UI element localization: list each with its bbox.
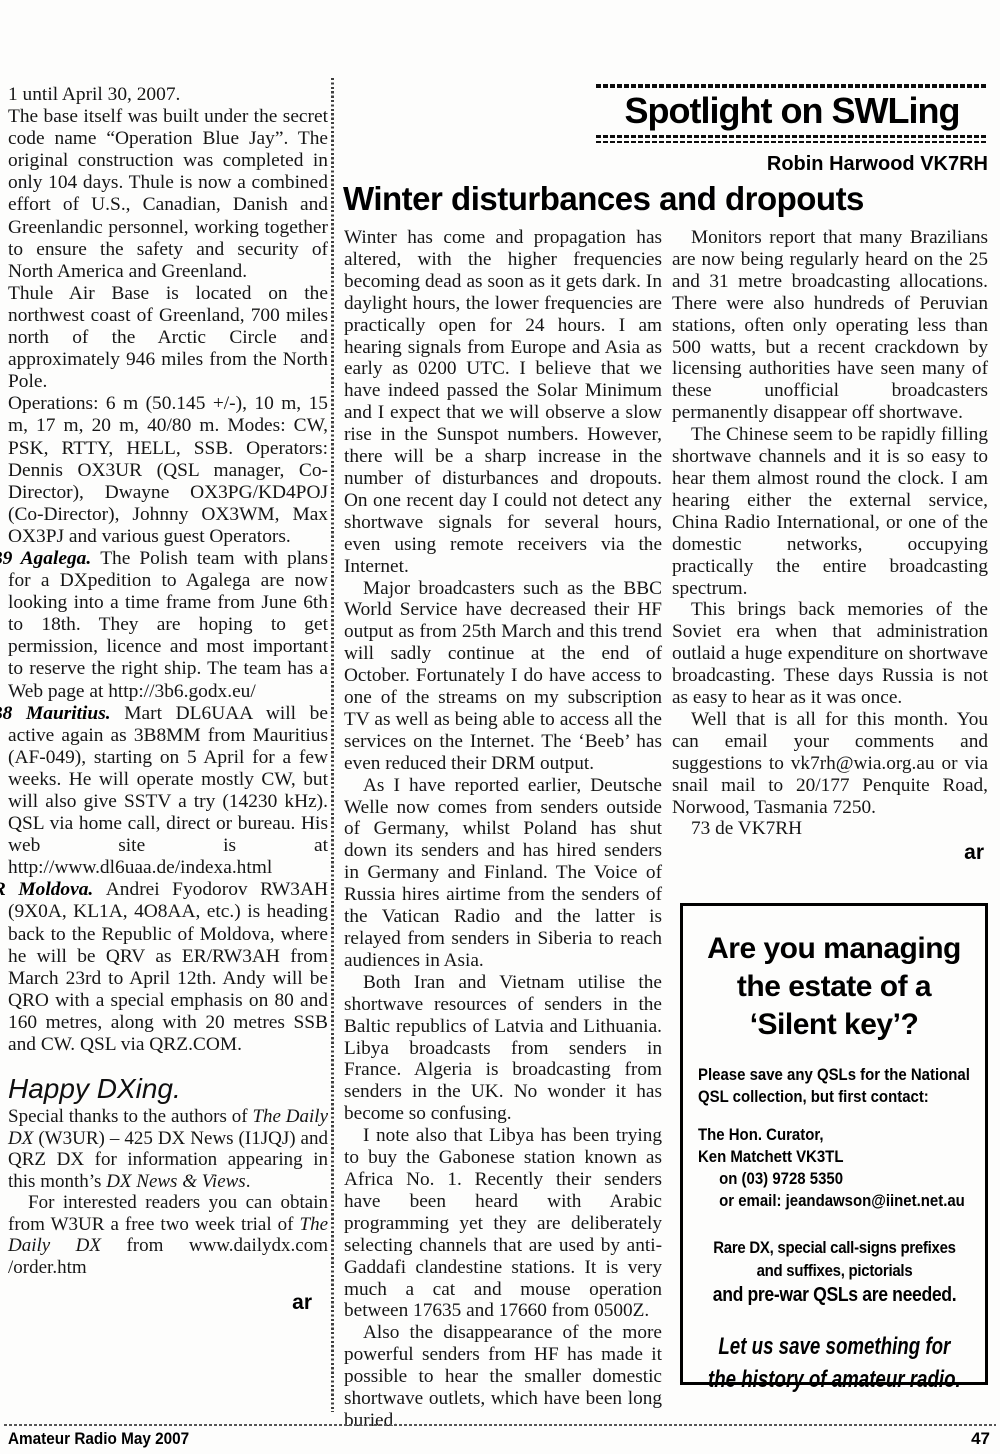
article-column-1: Winter has come and propagation has alte… [344, 227, 662, 1432]
dx-item-body: Andrei Fyodorov RW3AH (9X0A, KL1A, 4O8AA… [8, 879, 328, 1055]
article-paragraph: I note also that Libya has been trying t… [344, 1125, 662, 1322]
dx-items: 3B9 Agalega. The Polish team with plans … [8, 548, 328, 1056]
article-paragraph: This brings back memories of the Soviet … [672, 599, 988, 709]
dx-item: 3B9 Agalega. The Polish team with plans … [8, 548, 328, 703]
column-divider [331, 78, 334, 1412]
text-run: . [246, 1171, 251, 1192]
article-paragraph: Major broadcasters such as the BBC World… [344, 578, 662, 775]
trial-paragraph: For interested readers you can obtain fr… [8, 1192, 328, 1278]
dx-item-head: 3B9 Agalega. [0, 548, 100, 569]
author-byline: Robin Harwood VK7RH [596, 153, 988, 176]
dx-continuation: 1 until April 30, 2007.The base itself w… [8, 84, 328, 548]
ad-slogan: Let us save something for the history of… [698, 1330, 970, 1396]
column-masthead: Spotlight on SWLing [596, 90, 988, 132]
dx-item-head: ER Moldova. [0, 879, 106, 900]
text-run: For interested readers you can obtain fr… [8, 1192, 328, 1235]
ad-contact-name: The Hon. Curator, Ken Matchett VK3TL [698, 1124, 970, 1168]
ad-title: Are you managing the estate of a ‘Silent… [698, 930, 970, 1044]
dx-continuation-paragraph: The base itself was built under the secr… [8, 106, 328, 283]
ad-need-emphasis: and pre-war QSLs are needed. [698, 1282, 970, 1308]
article-title: Winter disturbances and dropouts [343, 180, 988, 218]
column-masthead-block: Spotlight on SWLing Robin Harwood VK7RH [596, 84, 988, 176]
dx-continuation-paragraph: 1 until April 30, 2007. [8, 84, 328, 106]
article-paragraph: As I have reported earlier, Deutsche Wel… [344, 775, 662, 972]
article-column-2-paragraphs: Monitors report that many Brazilians are… [672, 227, 988, 840]
masthead-rule-bottom [596, 135, 988, 144]
dx-item: 3B8 Mauritius. Mart DL6UAA will be activ… [8, 703, 328, 880]
text-run: Special thanks to the authors of [8, 1106, 252, 1127]
footer-rule [4, 1424, 996, 1426]
magazine-page: 1 until April 30, 2007.The base itself w… [0, 0, 1000, 1454]
footer-journal-title: Amateur Radio May 2007 [8, 1429, 189, 1449]
left-article-end-mark: ar [8, 1292, 328, 1314]
article-column-2: Monitors report that many Brazilians are… [672, 227, 988, 864]
article-paragraph: Well that is all for this month. You can… [672, 709, 988, 819]
left-column: 1 until April 30, 2007.The base itself w… [8, 84, 328, 1314]
dx-item-body: The Polish team with plans for a DXpedit… [8, 548, 328, 702]
article-paragraph: The Chinese seem to be rapidly filling s… [672, 424, 988, 599]
footer-page-number: 47 [971, 1429, 990, 1449]
article-end-mark: ar [672, 842, 988, 864]
dx-item-head: 3B8 Mauritius. [0, 703, 124, 724]
article-paragraph: Monitors report that many Brazilians are… [672, 227, 988, 424]
dx-continuation-paragraph: Thule Air Base is located on the northwe… [8, 283, 328, 393]
ad-intro-text: Please save any QSLs for the National QS… [698, 1064, 970, 1108]
ad-contact-details: on (03) 9728 5350 or email: jeandawson@i… [698, 1168, 991, 1212]
dx-continuation-paragraph: Operations: 6 m (50.145 +/-), 10 m, 15 m… [8, 393, 328, 548]
silent-key-ad: Are you managing the estate of a ‘Silent… [680, 903, 988, 1385]
thanks-paragraph: Special thanks to the authors of The Dai… [8, 1106, 328, 1192]
ad-need-lines: Rare DX, special call-signs prefixes and… [698, 1236, 970, 1282]
italic-text-run: DX News & Views [106, 1171, 246, 1192]
happy-dxing-heading: Happy DXing. [8, 1078, 328, 1100]
masthead-rule-top [596, 84, 988, 88]
article-paragraph: 73 de VK7RH [672, 818, 988, 840]
article-paragraph: Both Iran and Vietnam utilise the shortw… [344, 972, 662, 1125]
article-paragraph: Also the disappearance of the more power… [344, 1322, 662, 1432]
dx-item: ER Moldova. Andrei Fyodorov RW3AH (9X0A,… [8, 879, 328, 1056]
article-paragraph: Winter has come and propagation has alte… [344, 227, 662, 578]
dx-item-body: Mart DL6UAA will be active again as 3B8M… [8, 703, 328, 879]
